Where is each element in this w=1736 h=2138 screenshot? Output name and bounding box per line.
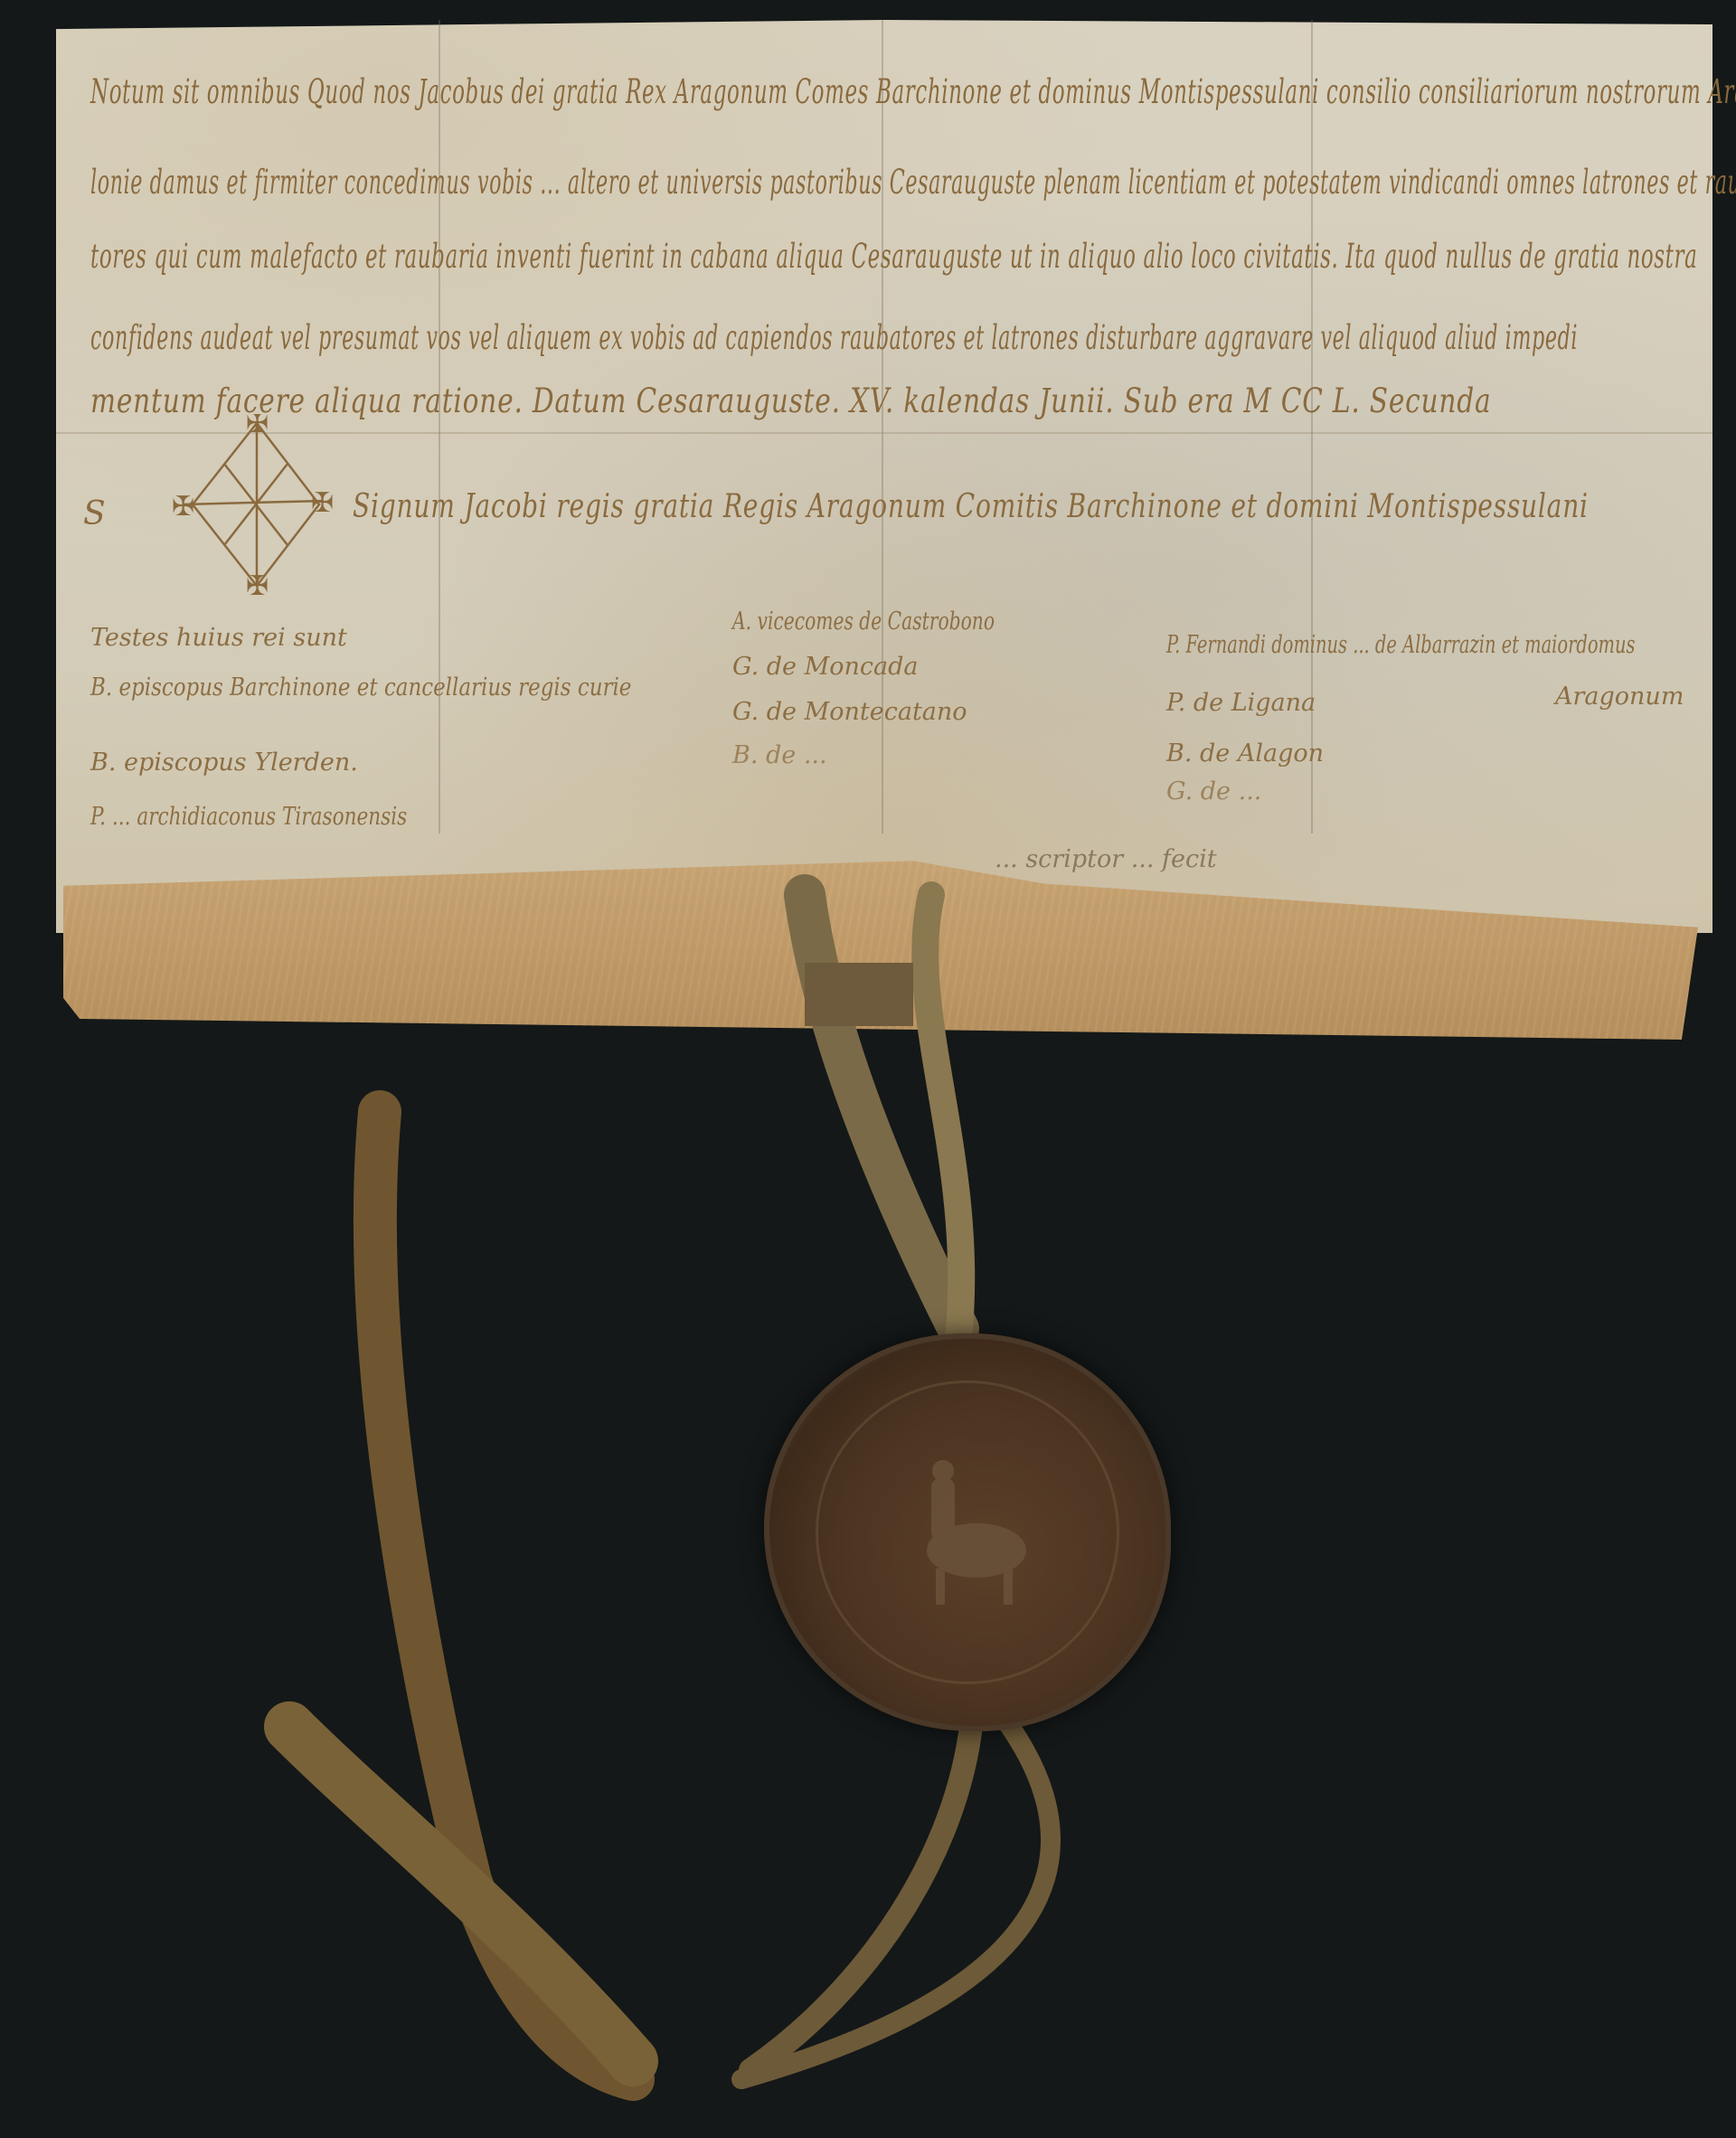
seal-tags [0,0,1736,2138]
equestrian-figure-icon [868,1442,1067,1623]
document-photograph: Notum sit omnibus Quod nos Jacobus dei g… [0,0,1736,2138]
wax-seal [764,1333,1171,1731]
